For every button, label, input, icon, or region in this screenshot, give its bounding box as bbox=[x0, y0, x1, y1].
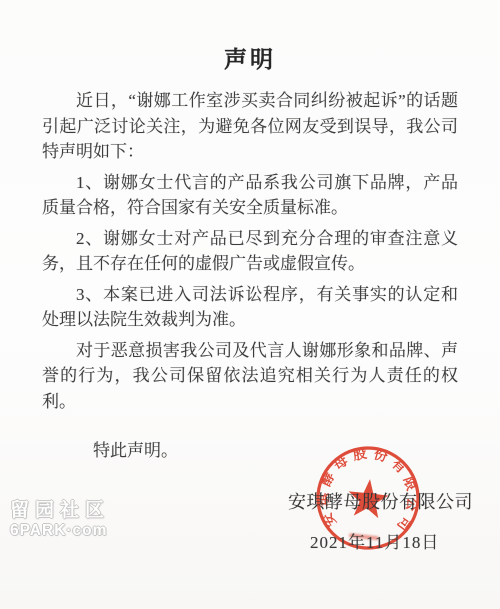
statement-paragraph-intro: 近日，“谢娜工作室涉买卖合同纠纷被起诉”的话题引起广泛讨论关注，为避免各位网友受… bbox=[42, 88, 458, 165]
statement-point-1: 1、谢娜女士代言的产品系我公司旗下品牌，产品质量合格，符合国家有关安全质量标准。 bbox=[42, 170, 458, 221]
statement-point-2: 2、谢娜女士对产品已尽到充分合理的审查注意义务，且不存在任何的虚假广告或虚假宣传… bbox=[42, 226, 458, 277]
company-name: 安琪酵母股份有限公司 bbox=[288, 488, 473, 514]
statement-date: 2021年11月18日 bbox=[310, 528, 439, 553]
statement-title: 声明 bbox=[0, 41, 500, 74]
statement-document: 声明 近日，“谢娜工作室涉买卖合同纠纷被起诉”的话题引起广泛讨论关注，为避免各位… bbox=[0, 0, 500, 609]
statement-point-3: 3、本案已进入司法诉讼程序，有关事实的认定和处理以法院生效裁判为准。 bbox=[42, 282, 458, 333]
seal-serial-smudge bbox=[349, 533, 379, 540]
watermark-6park: 留园社区 6PARK·com bbox=[10, 501, 110, 539]
statement-closing: 特此声明。 bbox=[42, 438, 458, 464]
watermark-site-name: 留园社区 bbox=[10, 501, 110, 520]
statement-paragraph-rights: 对于恶意损害我公司及代言人谢娜形象和品牌、声誉的行为，我公司保留依法追究相关行为… bbox=[42, 338, 458, 415]
seal-star-icon bbox=[346, 477, 390, 519]
statement-body: 近日，“谢娜工作室涉买卖合同纠纷被起诉”的话题引起广泛讨论关注，为避免各位网友受… bbox=[42, 88, 458, 469]
watermark-site-url: 6PARK·com bbox=[10, 523, 110, 539]
